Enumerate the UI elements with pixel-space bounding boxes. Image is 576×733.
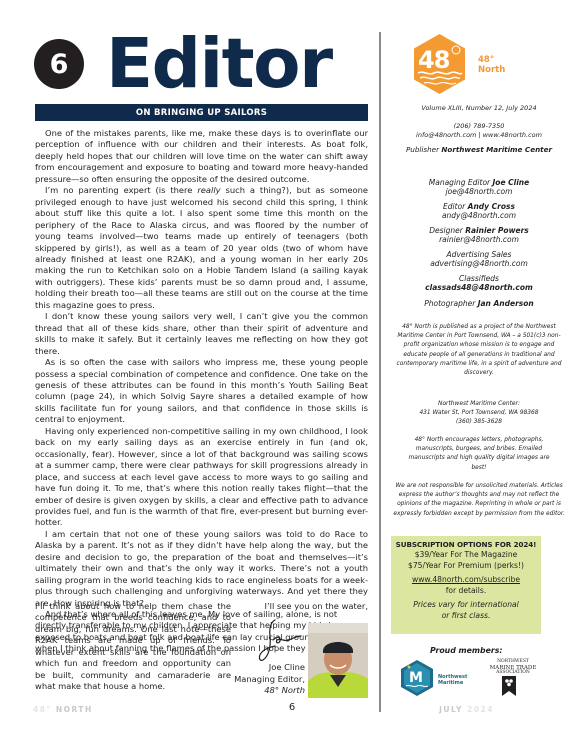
paragraph-text: such a thing?), but as someone privilege… xyxy=(35,185,368,310)
signature-block: Joe Cline Managing Editor, 48° North xyxy=(225,662,305,697)
staff-role: Photographer xyxy=(424,299,475,308)
staff-name: Joe Cline xyxy=(493,178,530,187)
article-body: One of the mistakes parents, like me, ma… xyxy=(35,128,368,655)
article-closing-paragraph: I’ll think about how to help them chase … xyxy=(35,601,231,693)
subscription-note-line: Prices vary for international xyxy=(391,599,541,610)
subscription-note-line: or first class. xyxy=(391,610,541,621)
signature-icon xyxy=(253,616,303,666)
subscription-note: Prices vary for international or first c… xyxy=(391,599,541,621)
footer-year: 2024 xyxy=(467,705,494,714)
logo-wordmark: 48° North xyxy=(478,55,505,75)
subscribe-link[interactable]: www.48north.com/subscribe xyxy=(391,574,541,585)
staff-entry: Advertising Sales advertising@48north.co… xyxy=(388,250,570,268)
emphasis-text: really xyxy=(197,185,220,195)
footer-degree: 48° xyxy=(33,705,52,714)
editor-publication: 48° North xyxy=(225,685,305,697)
article-paragraph: I am certain that not one of these young… xyxy=(35,529,368,609)
staff-email[interactable]: andy@48north.com xyxy=(388,211,570,220)
svg-text:M: M xyxy=(409,670,423,686)
svg-text:48: 48 xyxy=(418,46,450,74)
northwest-maritime-wordmark: Northwest Maritime xyxy=(438,674,467,686)
article-subtitle: ON BRINGING UP SAILORS xyxy=(136,108,267,118)
staff-role: Advertising Sales xyxy=(388,250,570,259)
contact-phone: (206) 789-7350 xyxy=(388,122,570,131)
staff-entry: Editor Andy Cross andy@48north.com xyxy=(388,202,570,220)
staff-entry: Classifieds classads48@48north.com xyxy=(388,274,570,292)
address-street: 431 Water St, Port Townsend, WA 98368 xyxy=(388,409,570,418)
member-name-line: Maritime xyxy=(438,680,467,686)
staff-email[interactable]: advertising@48north.com xyxy=(388,259,570,268)
disclaimer-text: We are not responsible for unsolicited m… xyxy=(388,482,570,519)
column-divider xyxy=(379,32,381,712)
article-paragraph: One of the mistakes parents, like me, ma… xyxy=(35,128,368,185)
article-subtitle-bar: ON BRINGING UP SAILORS xyxy=(35,104,368,121)
editor-name: Joe Cline xyxy=(225,662,305,674)
article-paragraph: As is so often the case with sailors who… xyxy=(35,357,368,426)
page-number: 6 xyxy=(280,702,304,713)
staff-email[interactable]: rainier@48north.com xyxy=(388,235,570,244)
staff-email[interactable]: joe@48north.com xyxy=(388,187,570,196)
logo-wordmark-line: 48° xyxy=(478,55,505,65)
about-text: 48° North is published as a project of t… xyxy=(388,323,570,378)
staff-name: Andy Cross xyxy=(468,202,515,211)
paragraph-text: I’m no parenting expert (is there xyxy=(45,185,197,195)
footer-month: JULY xyxy=(439,705,463,714)
address-label: Northwest Maritime Center: xyxy=(388,400,570,409)
section-number-badge: 6 xyxy=(34,39,84,89)
address-block: Northwest Maritime Center: 431 Water St,… xyxy=(388,400,570,428)
subscription-box: SUBSCRIPTION OPTIONS FOR 2024! $39/Year … xyxy=(391,536,541,634)
publisher-label: Publisher xyxy=(406,145,439,154)
northwest-maritime-logo-icon: M xyxy=(400,659,434,697)
article-paragraph: I’m no parenting expert (is there really… xyxy=(35,185,368,311)
staff-entry: Managing Editor Joe Cline joe@48north.co… xyxy=(388,178,570,196)
subscription-heading: SUBSCRIPTION OPTIONS FOR 2024! xyxy=(391,540,541,549)
staff-role: Classifieds xyxy=(388,274,570,283)
page-title: Editor xyxy=(106,27,332,101)
proud-members-label: Proud members: xyxy=(430,646,503,655)
subscription-option-premium: $75/Year For Premium (perks!) xyxy=(391,560,541,571)
volume-info: Volume XLIII, Number 12, July 2024 xyxy=(388,104,570,112)
member-name-line: ASSOCIATION xyxy=(478,671,548,676)
staff-email[interactable]: classads48@48north.com xyxy=(388,283,570,292)
staff-name: Jan Anderson xyxy=(478,299,534,308)
subscription-option-magazine: $39/Year For The Magazine xyxy=(391,549,541,560)
submissions-text: 48° North encourages letters, photograph… xyxy=(388,436,570,473)
staff-role: Editor xyxy=(443,202,465,211)
address-phone: (360) 385-3628 xyxy=(388,418,570,427)
editor-photo xyxy=(308,623,368,698)
subscription-details: for details. xyxy=(391,585,541,596)
footer-publication-name: 48° NORTH xyxy=(33,705,93,714)
staff-entry: Photographer Jan Anderson xyxy=(388,299,570,308)
footer-issue-date: JULY 2024 xyxy=(439,705,494,714)
contact-email-web[interactable]: info@48north.com | www.48north.com xyxy=(388,131,570,140)
publisher-name: Northwest Maritime Center xyxy=(441,145,552,154)
staff-name: Rainier Powers xyxy=(465,226,529,235)
signoff-line: I’ll see you on the water, xyxy=(240,601,368,612)
editor-role: Managing Editor, xyxy=(225,674,305,686)
staff-role: Designer xyxy=(429,226,463,235)
section-number: 6 xyxy=(50,49,69,80)
48-north-logo-icon: 48 xyxy=(412,33,467,95)
staff-entry: Designer Rainier Powers rainier@48north.… xyxy=(388,226,570,244)
article-paragraph: Having only experienced non-competitive … xyxy=(35,426,368,529)
staff-role: Managing Editor xyxy=(429,178,490,187)
article-paragraph: I don’t know these young sailors very we… xyxy=(35,311,368,357)
nmta-logo-icon xyxy=(502,676,516,696)
publisher-line: Publisher Northwest Maritime Center xyxy=(388,145,570,154)
contact-info: (206) 789-7350 info@48north.com | www.48… xyxy=(388,122,570,140)
footer-north: NORTH xyxy=(56,705,93,714)
nmta-wordmark: NORTHWEST MARINE TRADE ASSOCIATION xyxy=(478,660,548,675)
logo-wordmark-line: North xyxy=(478,65,505,75)
editor-portrait-icon xyxy=(308,623,368,698)
